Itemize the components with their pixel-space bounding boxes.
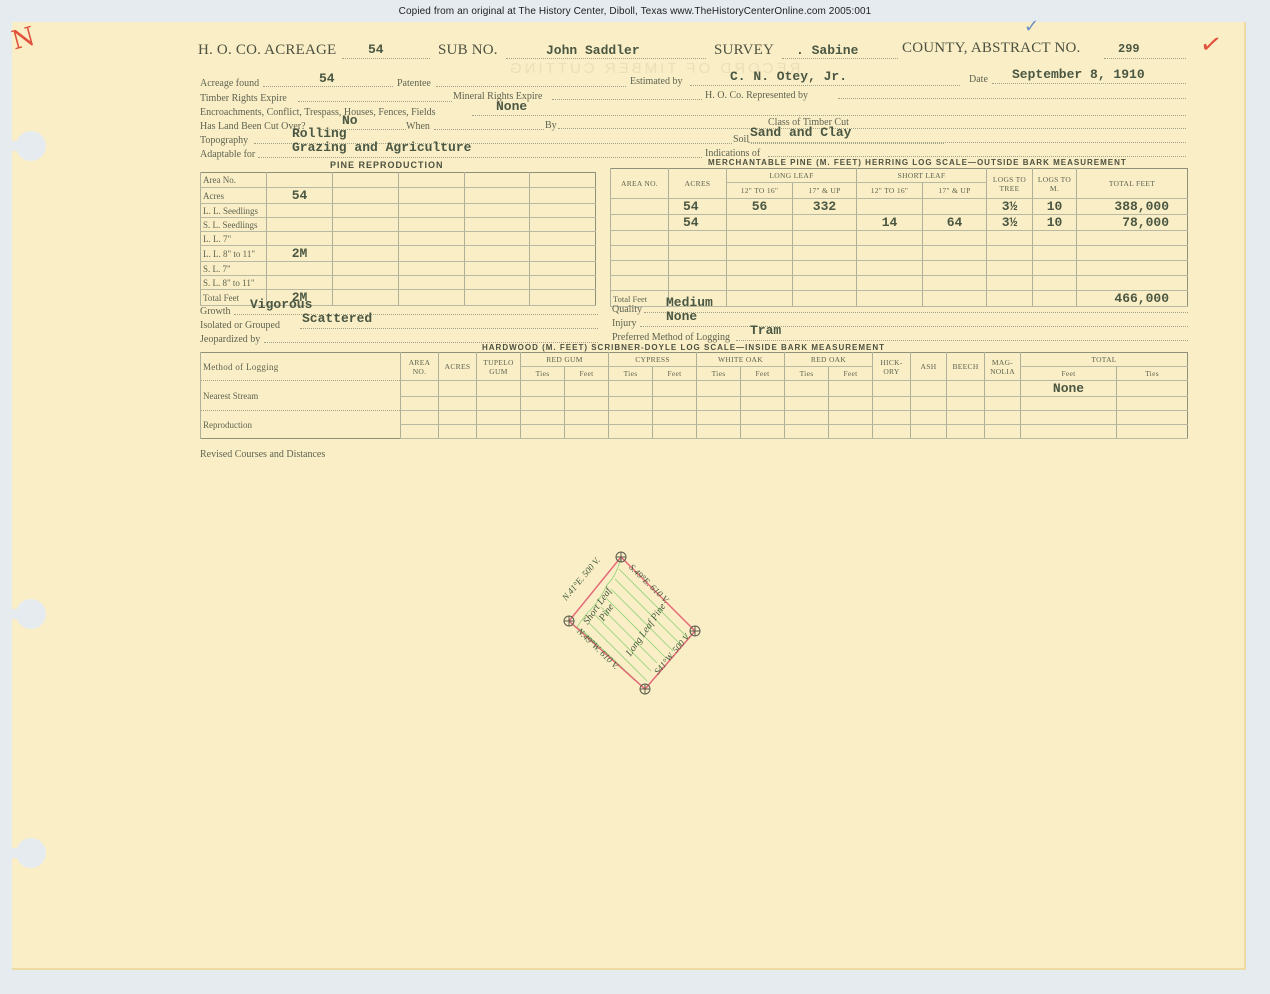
cell bbox=[793, 215, 857, 231]
row-label: S. L. Seedlings bbox=[201, 218, 267, 232]
represented-by-label: H. O. Co. Represented by bbox=[705, 90, 808, 101]
logging-field: Tram bbox=[736, 327, 1188, 341]
hardwood-title: HARDWOOD (M. FEET) SCRIBNER-DOYLE LOG SC… bbox=[482, 343, 885, 352]
row-label: Acres bbox=[201, 188, 267, 204]
injury-label: Injury bbox=[612, 318, 636, 329]
encroachments-field: None bbox=[472, 102, 1186, 116]
cell: 10 bbox=[1033, 215, 1077, 231]
cell: 56 bbox=[727, 199, 793, 215]
table-row: S. L. Seedlings bbox=[201, 218, 596, 232]
cell: 10 bbox=[1033, 199, 1077, 215]
table-row bbox=[611, 261, 1188, 276]
table-row: Acres54 bbox=[201, 188, 596, 204]
cell: 54 bbox=[267, 188, 333, 204]
col-header-acres: ACRES bbox=[439, 353, 477, 381]
table-row: S. L. 7" bbox=[201, 262, 596, 276]
when-field bbox=[434, 116, 544, 130]
by-field bbox=[558, 115, 1186, 129]
pine-reproduction-table: Area No. Acres54 L. L. Seedlings S. L. S… bbox=[200, 172, 596, 306]
table-row: L. L. 8" to 11"2M bbox=[201, 246, 596, 262]
row-label: Area No. bbox=[201, 173, 267, 188]
cell: 2M bbox=[267, 246, 333, 262]
jeopardized-field bbox=[264, 329, 598, 343]
table-row bbox=[611, 246, 1188, 261]
estimated-by-value: C. N. Otey, Jr. bbox=[730, 69, 847, 84]
logging-value: Tram bbox=[750, 323, 781, 338]
sub-no-field: John Saddler bbox=[506, 42, 706, 59]
col-header-ties: Ties bbox=[521, 367, 565, 381]
reproduction-label: Reproduction bbox=[201, 411, 401, 439]
red-check-icon: ✓ bbox=[1198, 28, 1225, 61]
quality-value: Medium bbox=[666, 295, 713, 310]
method-of-logging-label: Method of Logging bbox=[201, 353, 401, 381]
table-row: Nearest Stream None bbox=[201, 381, 1188, 397]
county-abstract-label: COUNTY, ABSTRACT NO. bbox=[902, 40, 1080, 57]
date-field: September 8, 1910 bbox=[992, 68, 1186, 84]
table-row: 54 56 332 3½ 10 388,000 bbox=[611, 199, 1188, 215]
punch-hole bbox=[0, 599, 42, 629]
row-label: S. L. 7" bbox=[201, 262, 267, 276]
growth-field: Vigorous bbox=[234, 301, 598, 315]
col-header-acres: ACRES bbox=[669, 169, 727, 199]
cell: 54 bbox=[669, 215, 727, 231]
jeopardized-label: Jeopardized by bbox=[200, 334, 260, 345]
col-header-beech: BEECH bbox=[947, 353, 985, 381]
acreage-field: 54 bbox=[342, 42, 430, 59]
corner-pencil-mark: N bbox=[9, 22, 39, 57]
col-header-red-oak: RED OAK bbox=[785, 353, 873, 367]
merchantable-pine-title: MERCHANTABLE PINE (M. FEET) HERRING LOG … bbox=[708, 158, 1127, 167]
timber-rights-field bbox=[298, 88, 452, 102]
topography-label: Topography bbox=[200, 135, 248, 146]
cell bbox=[857, 199, 923, 215]
punch-hole bbox=[0, 838, 42, 868]
col-header-red-gum: RED GUM bbox=[521, 353, 609, 367]
cell bbox=[923, 199, 987, 215]
date-value: September 8, 1910 bbox=[1012, 67, 1145, 82]
col-header-sl-17-up: 17" & UP bbox=[923, 183, 987, 199]
isolated-value: Scattered bbox=[302, 311, 372, 326]
adaptable-value: Grazing and Agriculture bbox=[292, 140, 471, 155]
cell: 14 bbox=[857, 215, 923, 231]
injury-value: None bbox=[666, 309, 697, 324]
col-header-area-no: AREA NO. bbox=[401, 353, 439, 381]
row-label: L. L. Seedlings bbox=[201, 204, 267, 218]
patentee-field bbox=[436, 73, 626, 87]
date-label: Date bbox=[969, 74, 988, 85]
col-header-magnolia: MAG- NOLIA bbox=[985, 353, 1021, 381]
sub-no-value: John Saddler bbox=[546, 43, 640, 58]
row-label: S. L. 8" to 11" bbox=[201, 276, 267, 290]
isolated-field: Scattered bbox=[300, 315, 598, 329]
abstract-value: 299 bbox=[1118, 42, 1140, 56]
cell bbox=[727, 215, 793, 231]
col-header-feet: Feet bbox=[653, 367, 697, 381]
col-header-cypress: CYPRESS bbox=[609, 353, 697, 367]
col-header-total-feet: Feet bbox=[1021, 367, 1117, 381]
survey-label: SURVEY bbox=[714, 42, 774, 59]
col-header-area-no: AREA NO. bbox=[611, 169, 669, 199]
col-header-feet: Feet bbox=[829, 367, 873, 381]
cell: 54 bbox=[669, 199, 727, 215]
survey-value: . Sabine bbox=[796, 43, 858, 58]
row-label: L. L. 7" bbox=[201, 232, 267, 246]
table-row: Area No. bbox=[201, 173, 596, 188]
quality-label: Quality bbox=[612, 304, 642, 315]
col-header-long-leaf: LONG LEAF bbox=[727, 169, 857, 183]
col-header-logs-to-tree: LOGS TO TREE bbox=[987, 169, 1033, 199]
timber-rights-label: Timber Rights Expire bbox=[200, 93, 287, 104]
soil-value: Sand and Clay bbox=[750, 125, 851, 140]
cell bbox=[267, 232, 333, 246]
adaptable-label: Adaptable for bbox=[200, 149, 255, 160]
cell: 3½ bbox=[987, 215, 1033, 231]
cell: 78,000 bbox=[1077, 215, 1188, 231]
col-header-short-leaf: SHORT LEAF bbox=[857, 169, 987, 183]
col-header-feet: Feet bbox=[565, 367, 609, 381]
col-header-tupelo-gum: TUPELO GUM bbox=[477, 353, 521, 381]
col-header-logs-to-m: LOGS TO M. bbox=[1033, 169, 1077, 199]
topography-value: Rolling bbox=[292, 126, 347, 141]
cell: 388,000 bbox=[1077, 199, 1188, 215]
acreage-value: 54 bbox=[368, 42, 384, 57]
table-row: 54 14 64 3½ 10 78,000 bbox=[611, 215, 1188, 231]
punch-hole bbox=[0, 131, 42, 161]
col-header-white-oak: WHITE OAK bbox=[697, 353, 785, 367]
col-header-ties: Ties bbox=[785, 367, 829, 381]
sub-no-label: SUB NO. bbox=[438, 42, 498, 59]
col-header-ties: Ties bbox=[609, 367, 653, 381]
adaptable-field: Grazing and Agriculture bbox=[258, 144, 702, 158]
cell bbox=[611, 199, 669, 215]
table-row: L. L. 7" bbox=[201, 232, 596, 246]
cell: 3½ bbox=[987, 199, 1033, 215]
logging-label: Preferred Method of Logging bbox=[612, 332, 730, 343]
timber-record-page: N ✓ ✓ RECORD OF TIMBER CUTTING H. O. CO.… bbox=[12, 22, 1246, 970]
acreage-found-label: Acreage found bbox=[200, 78, 259, 89]
copy-banner: Copied from an original at The History C… bbox=[0, 6, 1270, 17]
mineral-rights-field bbox=[552, 86, 702, 100]
cell: 64 bbox=[923, 215, 987, 231]
acreage-found-field: 54 bbox=[263, 73, 393, 87]
injury-field: None bbox=[640, 313, 1188, 327]
revised-courses-label: Revised Courses and Distances bbox=[200, 449, 325, 460]
col-header-sl-12-16: 12" TO 16" bbox=[857, 183, 923, 199]
quality-field: Medium bbox=[644, 299, 1188, 313]
encroachments-value: None bbox=[496, 99, 527, 114]
cell: 332 bbox=[793, 199, 857, 215]
col-header-total-feet: TOTAL FEET bbox=[1077, 169, 1188, 199]
table-row: L. L. Seedlings bbox=[201, 204, 596, 218]
total-feet-value: None bbox=[1021, 381, 1117, 397]
merchantable-pine-table: AREA NO. ACRES LONG LEAF SHORT LEAF LOGS… bbox=[610, 168, 1188, 307]
col-header-ll-12-16: 12" TO 16" bbox=[727, 183, 793, 199]
acreage-found-value: 54 bbox=[319, 71, 335, 86]
cell bbox=[611, 215, 669, 231]
table-row: Reproduction bbox=[201, 411, 1188, 425]
growth-value: Vigorous bbox=[250, 297, 312, 312]
estimated-by-field: C. N. Otey, Jr. bbox=[690, 70, 960, 86]
growth-label: Growth bbox=[200, 306, 231, 317]
soil-field: Sand and Clay bbox=[748, 129, 1186, 143]
cell bbox=[267, 276, 333, 290]
table-row bbox=[611, 276, 1188, 291]
col-header-total: TOTAL bbox=[1021, 353, 1188, 367]
col-header-total-ties: Ties bbox=[1117, 367, 1188, 381]
pine-reproduction-title: PINE REPRODUCTION bbox=[330, 160, 444, 170]
col-header-feet: Feet bbox=[741, 367, 785, 381]
cell bbox=[267, 173, 333, 188]
table-row bbox=[611, 231, 1188, 246]
cell bbox=[267, 218, 333, 232]
survey-field: . Sabine bbox=[782, 42, 898, 59]
cell bbox=[267, 204, 333, 218]
col-header-ties: Ties bbox=[697, 367, 741, 381]
nearest-stream-label: Nearest Stream bbox=[201, 381, 401, 411]
col-header-ll-17-up: 17" & UP bbox=[793, 183, 857, 199]
hardwood-table: Method of Logging AREA NO. ACRES TUPELO … bbox=[200, 352, 1188, 439]
col-header-ash: ASH bbox=[911, 353, 947, 381]
blue-check-icon: ✓ bbox=[1024, 16, 1039, 37]
acreage-label: H. O. CO. ACREAGE bbox=[198, 42, 336, 59]
col-header-hickory: HICK- ORY bbox=[873, 353, 911, 381]
abstract-field: 299 bbox=[1104, 42, 1186, 59]
table-row: S. L. 8" to 11" bbox=[201, 276, 596, 290]
indications-field bbox=[768, 143, 1186, 157]
row-label: L. L. 8" to 11" bbox=[201, 246, 267, 262]
cell bbox=[267, 262, 333, 276]
represented-by-field bbox=[838, 85, 1186, 99]
